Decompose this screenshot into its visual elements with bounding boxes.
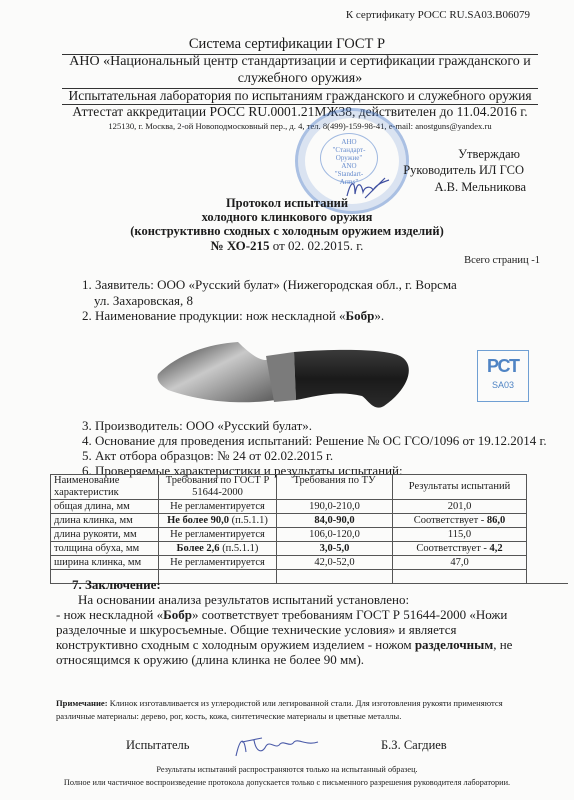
cell-tu: 84,0-90,0 [277, 514, 393, 528]
cell-gost-bold: Не более 90,0 [167, 515, 229, 526]
certificate-reference: К сертификату РОСС RU.SA03.B06079 [346, 9, 530, 21]
manufacturer-line: 3. Производитель: ООО «Русский булат». [82, 418, 312, 434]
cell-gost: Более 2,6 (п.5.1.1) [159, 542, 277, 556]
tester-name: Б.З. Сагдиев [381, 738, 447, 753]
cell-gost: Не регламентируется [159, 500, 277, 514]
cell-tu [277, 570, 393, 584]
table-row: ширина клинка, ммНе регламентируется42,0… [51, 556, 569, 570]
applicant-line-1: 1. Заявитель: ООО «Русский булат» (Нижег… [82, 277, 457, 293]
cell-result-value: 4,2 [490, 543, 503, 554]
tester-signature-icon [232, 732, 322, 760]
applicant-line-2: ул. Захаровская, 8 [94, 293, 193, 309]
stamp-line: "Стандарт- [321, 146, 377, 154]
results-table: Наименование характеристик Требования по… [50, 474, 568, 584]
protocol-date: от 02. 02.2015. г. [270, 238, 364, 253]
page-count: Всего страниц -1 [464, 255, 540, 266]
cell-result-value: 86,0 [487, 515, 505, 526]
conclusion-part: - нож нескладной « [56, 607, 163, 622]
note: Примечание: Клинок изготавливается из уг… [56, 697, 536, 723]
cell-result [393, 570, 527, 584]
header-tu: Требования по ТУ [277, 475, 393, 500]
footer-line-1: Результаты испытаний распространяются то… [0, 765, 574, 774]
conclusion-product: Бобр [163, 607, 192, 622]
table-margin [527, 475, 569, 500]
cell-tu: 106,0-120,0 [277, 528, 393, 542]
table-margin [527, 570, 569, 584]
protocol-number: № ХО-215 от 02. 02.2015. г. [0, 238, 574, 253]
protocol-title: Протокол испытаний [0, 196, 574, 211]
conclusion-heading: 7. Заключение: [72, 577, 161, 593]
protocol-subtitle-2: (конструктивно сходных с холодным оружие… [0, 224, 574, 239]
product-name-line: 2. Наименование продукции: нож нескладно… [82, 308, 384, 324]
table-header-row: Наименование характеристик Требования по… [51, 475, 569, 500]
org-line-1: АНО «Национальный центр стандартизации и… [60, 53, 540, 70]
cell-result: Соответствует - 4,2 [393, 542, 527, 556]
org-line-2: служебного оружия» [60, 70, 540, 87]
conclusion-intro: На основании анализа результатов испытан… [56, 592, 526, 607]
table-margin [527, 556, 569, 570]
cell-gost: Не регламентируется [159, 528, 277, 542]
note-label: Примечание: [56, 698, 108, 708]
product-prefix: 2. Наименование продукции: нож нескладно… [82, 308, 346, 323]
cell-result-text: Соответствует - [416, 543, 489, 554]
certification-mark: РСТ SA03 [477, 350, 529, 402]
protocol-number-value: № ХО-215 [211, 238, 270, 253]
cell-result: 47,0 [393, 556, 527, 570]
cell-characteristic: общая длина, мм [51, 500, 159, 514]
cell-characteristic: толщина обуха, мм [51, 542, 159, 556]
pst-logo-icon: РСТ [478, 356, 528, 377]
tester-role: Испытатель [126, 738, 189, 753]
organization-name: АНО «Национальный центр стандартизации и… [60, 53, 540, 87]
footer-line-2: Полное или частичное воспроизведение про… [0, 778, 574, 787]
system-title: Система сертификации ГОСТ Р [0, 36, 574, 53]
table-margin [527, 500, 569, 514]
accreditation: Аттестат аккредитации РОСС RU.0001.21МЖ3… [60, 104, 540, 120]
cell-tu: 3,0-5,0 [277, 542, 393, 556]
cell-gost-ref: (п.5.1.1) [220, 543, 259, 554]
table-margin [527, 514, 569, 528]
cell-tu: 42,0-52,0 [277, 556, 393, 570]
table-margin [527, 542, 569, 556]
knife-image [148, 330, 438, 416]
cell-characteristic: длина рукояти, мм [51, 528, 159, 542]
approver-position: Руководитель ИЛ ГСО [403, 163, 524, 178]
approve-label: Утверждаю [458, 147, 520, 162]
basis-line: 4. Основание для проведения испытаний: Р… [82, 433, 547, 449]
sampling-line: 5. Акт отбора образцов: № 24 от 02.02.20… [82, 448, 333, 464]
cell-gost: Не более 90,0 (п.5.1.1) [159, 514, 277, 528]
product-name: Бобр [346, 308, 375, 323]
header-gost: Требования по ГОСТ Р 51644-2000 [159, 475, 277, 500]
cell-tu: 190,0-210,0 [277, 500, 393, 514]
table-margin [527, 528, 569, 542]
cert-mark-code: SA03 [478, 380, 528, 390]
approver-name: А.В. Мельникова [434, 180, 526, 195]
protocol-subtitle-1: холодного клинкового оружия [0, 210, 574, 225]
table-row: общая длина, ммНе регламентируется190,0-… [51, 500, 569, 514]
cell-characteristic: ширина клинка, мм [51, 556, 159, 570]
table-row: длина рукояти, ммНе регламентируется106,… [51, 528, 569, 542]
cell-gost-ref: (п.5.1.1) [229, 515, 268, 526]
conclusion-type: разделочным [415, 637, 493, 652]
table-row: длина клинка, ммНе более 90,0 (п.5.1.1)8… [51, 514, 569, 528]
cell-gost [159, 570, 277, 584]
table-row: толщина обуха, ммБолее 2,6 (п.5.1.1)3,0-… [51, 542, 569, 556]
conclusion-body: На основании анализа результатов испытан… [56, 592, 526, 667]
cell-result: Соответствует - 86,0 [393, 514, 527, 528]
cell-result-text: Соответствует - [414, 515, 487, 526]
cell-gost: Не регламентируется [159, 556, 277, 570]
header-results: Результаты испытаний [393, 475, 527, 500]
header-characteristic: Наименование характеристик [51, 475, 159, 500]
laboratory-name: Испытательная лаборатория по испытаниям … [60, 88, 540, 104]
cell-characteristic: длина клинка, мм [51, 514, 159, 528]
conclusion-text: - нож нескладной «Бобр» соответствует тр… [56, 607, 526, 667]
cell-result: 115,0 [393, 528, 527, 542]
address-line: 125130, г. Москва, 2-ой Новоподмосковный… [60, 121, 540, 131]
stamp-line: АНО [321, 138, 377, 146]
stamp-line: ANO [321, 162, 377, 170]
note-text: Клинок изготавливается из углеродистой и… [56, 698, 503, 721]
stamp-line: Оружие" [321, 154, 377, 162]
cell-result: 201,0 [393, 500, 527, 514]
product-suffix: ». [374, 308, 384, 323]
cell-gost-bold: Более 2,6 [177, 543, 220, 554]
